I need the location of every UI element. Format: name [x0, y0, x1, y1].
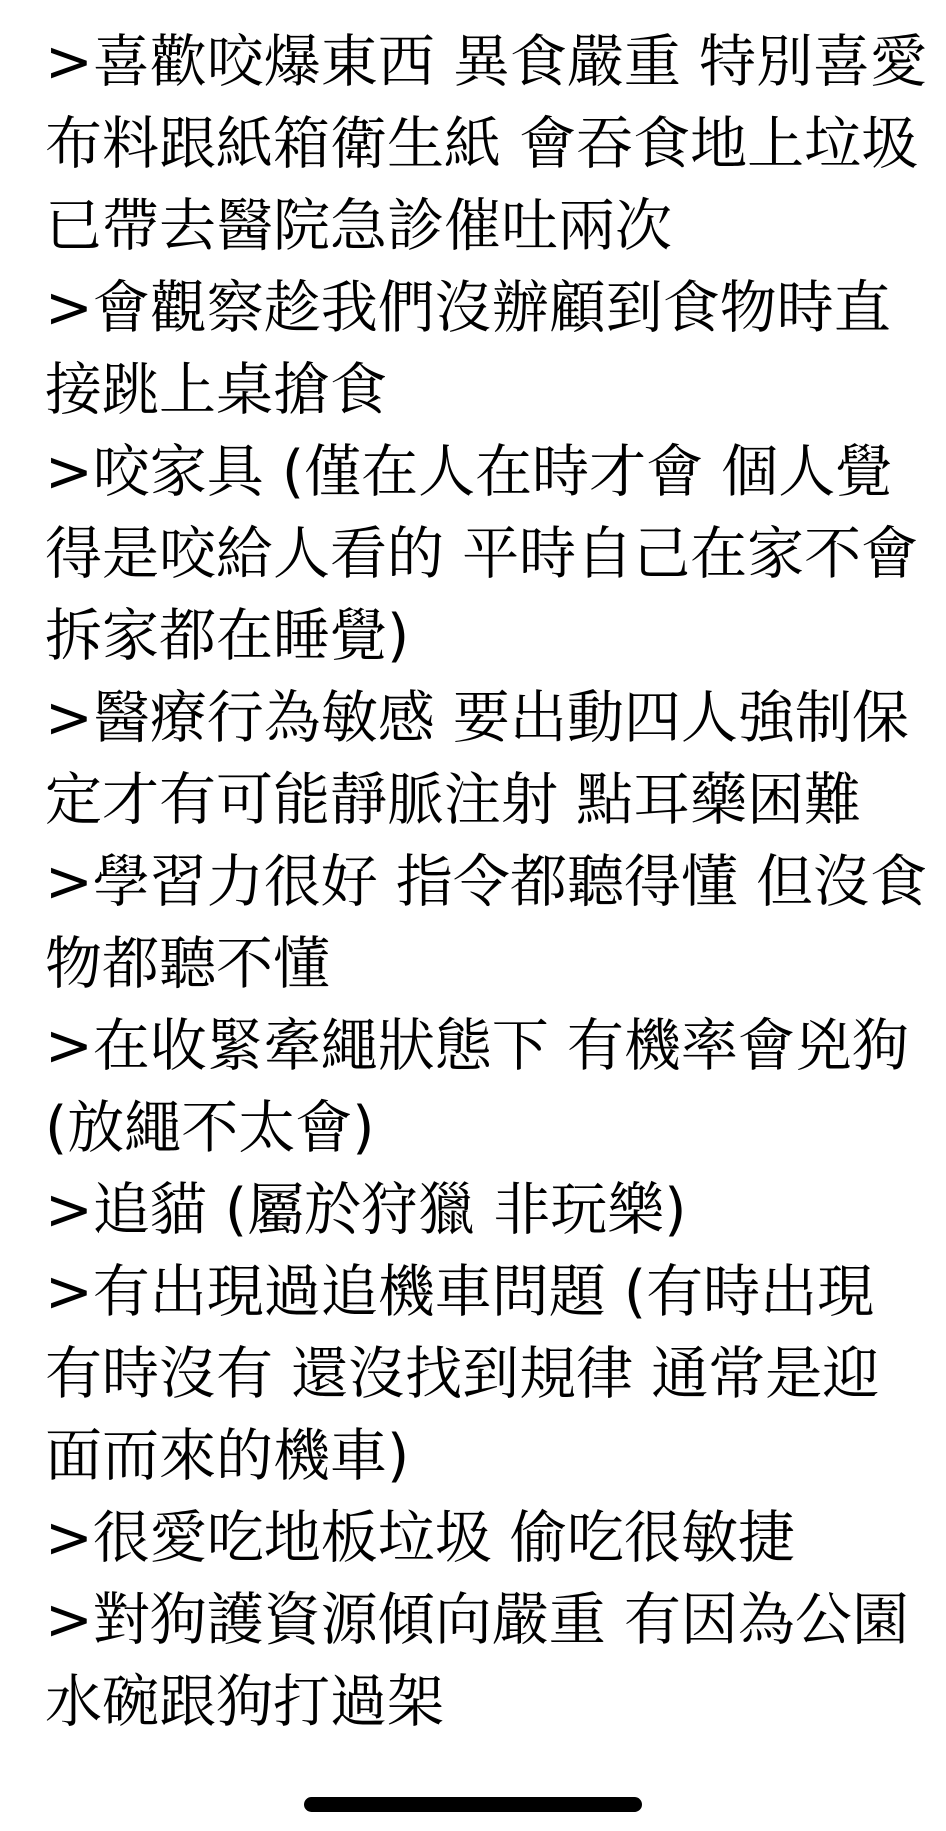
text-line: >咬家具 (僅在人在時才會 個人覺	[45, 431, 936, 513]
text-line: >喜歡咬爆東西 異食嚴重 特別喜愛	[45, 21, 936, 103]
text-line: >會觀察趁我們沒辦顧到食物時直	[45, 267, 936, 349]
text-line: >醫療行為敏感 要出動四人強制保	[45, 677, 936, 759]
text-line: 拆家都在睡覺)	[45, 595, 936, 677]
text-line: 接跳上桌搶食	[45, 349, 936, 431]
text-line: 物都聽不懂	[45, 923, 936, 1005]
text-line: >追貓 (屬於狩獵 非玩樂)	[45, 1169, 936, 1251]
text-line: >對狗護資源傾向嚴重 有因為公園	[45, 1579, 936, 1661]
text-line: 面而來的機車)	[45, 1415, 936, 1497]
text-content: >喜歡咬爆東西 異食嚴重 特別喜愛 布料跟紙箱衛生紙 會吞食地上垃圾 已帶去醫院…	[45, 21, 936, 1743]
text-line: 布料跟紙箱衛生紙 會吞食地上垃圾	[45, 103, 936, 185]
home-indicator[interactable]	[304, 1797, 642, 1812]
text-line: 有時沒有 還沒找到規律 通常是迎	[45, 1333, 936, 1415]
text-line: 已帶去醫院急診催吐兩次	[45, 185, 936, 267]
text-line: >學習力很好 指令都聽得懂 但沒食	[45, 841, 936, 923]
text-line: 得是咬給人看的 平時自己在家不會	[45, 513, 936, 595]
text-line: (放繩不太會)	[45, 1087, 936, 1169]
text-line: >在收緊牽繩狀態下 有機率會兇狗	[45, 1005, 936, 1087]
text-line: 定才有可能靜脈注射 點耳藥困難	[45, 759, 936, 841]
text-line: >有出現過追機車問題 (有時出現	[45, 1251, 936, 1333]
text-line: 水碗跟狗打過架	[45, 1661, 936, 1743]
text-line: >很愛吃地板垃圾 偷吃很敏捷	[45, 1497, 936, 1579]
